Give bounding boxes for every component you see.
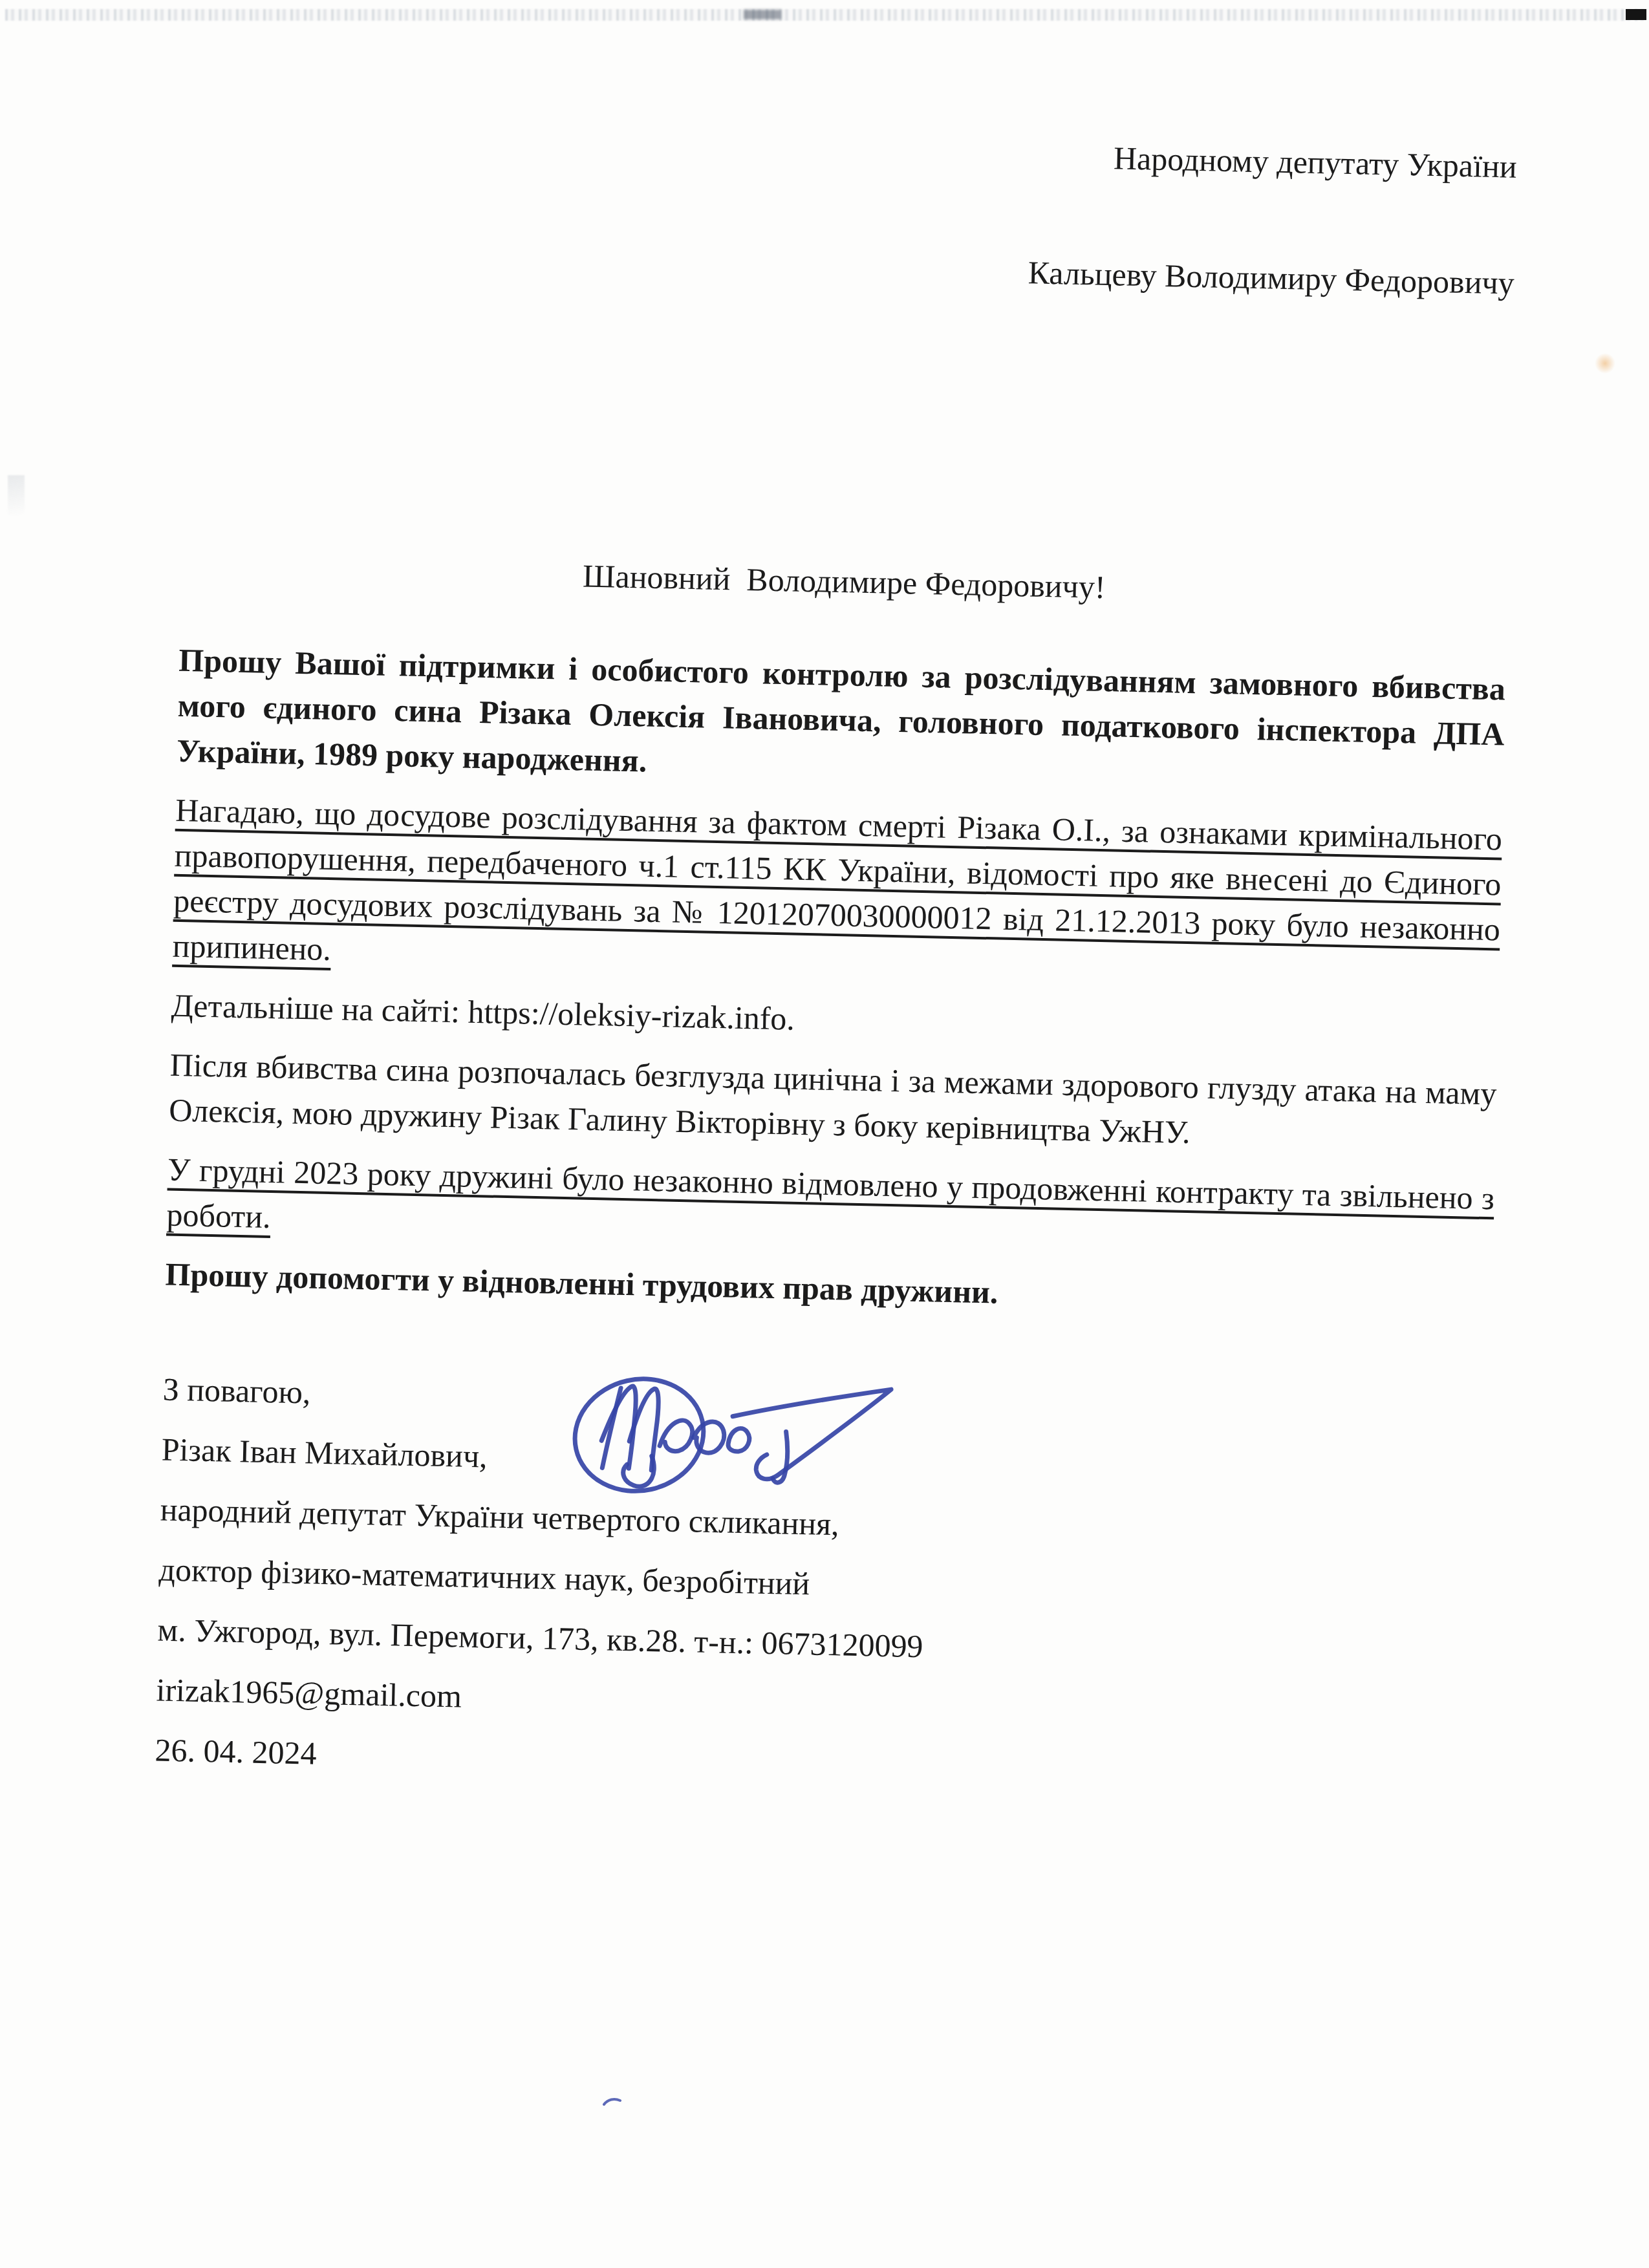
paragraph-case-details: Нагадаю, що досудове розслідування за фа… <box>172 787 1503 998</box>
handwritten-signature-ink <box>561 1343 907 1506</box>
addressee-line-1: Народному депутату України <box>189 116 1517 188</box>
addressee-block: Народному депутату України Кальцеву Воло… <box>187 116 1517 305</box>
letter-body: Народному депутату України Кальцеву Воло… <box>154 110 1517 1817</box>
scan-noise-band <box>5 9 1644 21</box>
ink-tick-mark <box>603 2097 622 2107</box>
letter-date: 26. 04. 2024 <box>155 1728 1482 1800</box>
paragraph-website: Детальніше на сайті: https://oleksiy-riz… <box>171 983 1498 1057</box>
scan-smudge-orange <box>1595 353 1615 374</box>
paragraph-request-help: Прошу допомогти у відновленні трудових п… <box>165 1252 1493 1326</box>
salutation: Шановний Володимире Федоровичу! <box>180 546 1508 617</box>
signature-block: З повагою, Різак Іван Михайлович, народн… <box>155 1368 1490 1801</box>
sender-email: irizak1965@gmail.com <box>156 1668 1483 1740</box>
paragraph-attack-on-wife: Після вбивства сина розпочалась безглузд… <box>168 1042 1497 1162</box>
scan-smudge-top <box>744 10 781 19</box>
scanned-letter-page: Народному депутату України Кальцеву Воло… <box>0 0 1649 2268</box>
paragraph-contract-termination: У грудні 2023 року дружині було незаконн… <box>166 1147 1495 1267</box>
paragraph-request-investigation: Прошу Вашої підтримки і особистого контр… <box>177 637 1506 802</box>
addressee-line-2: Кальцеву Володимиру Федоровичу <box>187 233 1514 305</box>
scan-smudge-left <box>8 475 25 515</box>
sender-address: м. Ужгород, вул. Перемоги, 173, кв.28. т… <box>157 1608 1485 1680</box>
sender-title-2: доктор фізико-математичних наук, безробі… <box>158 1548 1486 1620</box>
scan-corner-mark <box>1626 9 1646 20</box>
